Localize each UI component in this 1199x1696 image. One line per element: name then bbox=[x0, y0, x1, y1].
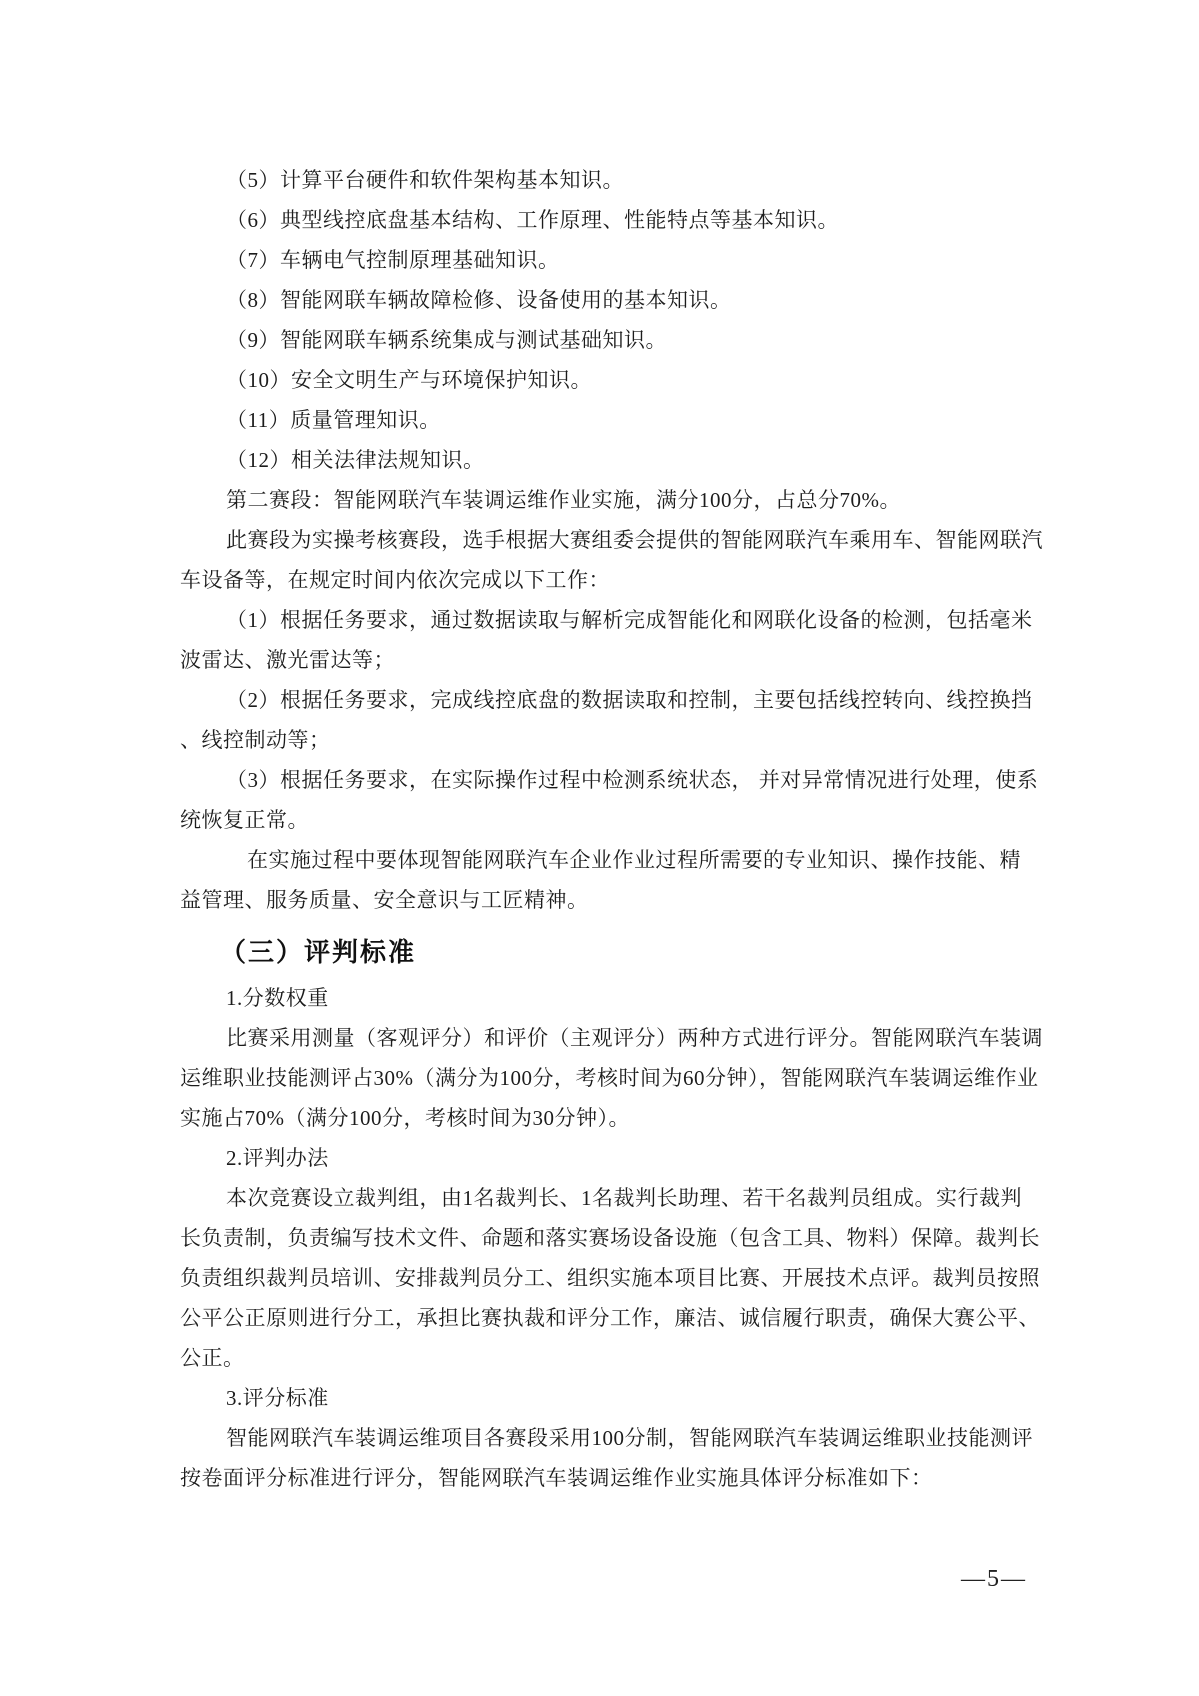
text-line: （10）安全文明生产与环境保护知识。 bbox=[180, 360, 1025, 400]
text-line: （1）根据任务要求，通过数据读取与解析完成智能化和网联化设备的检测，包括毫米 bbox=[180, 600, 1025, 640]
text-line: （8）智能网联车辆故障检修、设备使用的基本知识。 bbox=[180, 280, 1025, 320]
text-line: （12）相关法律法规知识。 bbox=[180, 440, 1025, 480]
text-line: 公平公正原则进行分工，承担比赛执裁和评分工作，廉洁、诚信履行职责，确保大赛公平、 bbox=[180, 1298, 1025, 1338]
text-line: （5）计算平台硬件和软件架构基本知识。 bbox=[180, 160, 1025, 200]
text-line: 益管理、服务质量、安全意识与工匠精神。 bbox=[180, 880, 1025, 920]
text-line: 第二赛段：智能网联汽车装调运维作业实施，满分100分，占总分70%。 bbox=[180, 480, 1025, 520]
document-page: （5）计算平台硬件和软件架构基本知识。（6）典型线控底盘基本结构、工作原理、性能… bbox=[0, 0, 1199, 1696]
text-line: （7）车辆电气控制原理基础知识。 bbox=[180, 240, 1025, 280]
text-line: 、线控制动等； bbox=[180, 720, 1025, 760]
page-number: —5— bbox=[961, 1566, 1027, 1593]
subheading-line: 1.分数权重 bbox=[180, 978, 1025, 1018]
text-line: 本次竞赛设立裁判组，由1名裁判长、1名裁判长助理、若干名裁判员组成。实行裁判 bbox=[180, 1178, 1025, 1218]
text-line: 按卷面评分标准进行评分，智能网联汽车装调运维作业实施具体评分标准如下： bbox=[180, 1458, 1025, 1498]
subheading-line: 3.评分标准 bbox=[180, 1378, 1025, 1418]
document-body: （5）计算平台硬件和软件架构基本知识。（6）典型线控底盘基本结构、工作原理、性能… bbox=[180, 160, 1025, 1498]
text-line: 长负责制，负责编写技术文件、命题和落实赛场设备设施（包含工具、物料）保障。裁判长 bbox=[180, 1218, 1025, 1258]
text-line: （3）根据任务要求，在实际操作过程中检测系统状态， 并对异常情况进行处理，使系 bbox=[180, 760, 1025, 800]
text-line: （9）智能网联车辆系统集成与测试基础知识。 bbox=[180, 320, 1025, 360]
text-line: （11）质量管理知识。 bbox=[180, 400, 1025, 440]
text-line: 此赛段为实操考核赛段，选手根据大赛组委会提供的智能网联汽车乘用车、智能网联汽 bbox=[180, 520, 1025, 560]
text-line: 负责组织裁判员培训、安排裁判员分工、组织实施本项目比赛、开展技术点评。裁判员按照 bbox=[180, 1258, 1025, 1298]
text-line: 波雷达、激光雷达等； bbox=[180, 640, 1025, 680]
text-line: （6）典型线控底盘基本结构、工作原理、性能特点等基本知识。 bbox=[180, 200, 1025, 240]
text-line: 运维职业技能测评占30%（满分为100分，考核时间为60分钟），智能网联汽车装调… bbox=[180, 1058, 1025, 1098]
text-line: （2）根据任务要求，完成线控底盘的数据读取和控制，主要包括线控转向、线控换挡 bbox=[180, 680, 1025, 720]
text-line: 比赛采用测量（客观评分）和评价（主观评分）两种方式进行评分。智能网联汽车装调 bbox=[180, 1018, 1025, 1058]
section-heading: （三）评判标准 bbox=[180, 928, 1025, 976]
text-line: 智能网联汽车装调运维项目各赛段采用100分制，智能网联汽车装调运维职业技能测评 bbox=[180, 1418, 1025, 1458]
text-line: 在实施过程中要体现智能网联汽车企业作业过程所需要的专业知识、操作技能、精 bbox=[180, 840, 1025, 880]
text-line: 公正。 bbox=[180, 1338, 1025, 1378]
subheading-line: 2.评判办法 bbox=[180, 1138, 1025, 1178]
text-line: 统恢复正常。 bbox=[180, 800, 1025, 840]
text-line: 车设备等，在规定时间内依次完成以下工作： bbox=[180, 560, 1025, 600]
text-line: 实施占70%（满分100分，考核时间为30分钟）。 bbox=[180, 1098, 1025, 1138]
